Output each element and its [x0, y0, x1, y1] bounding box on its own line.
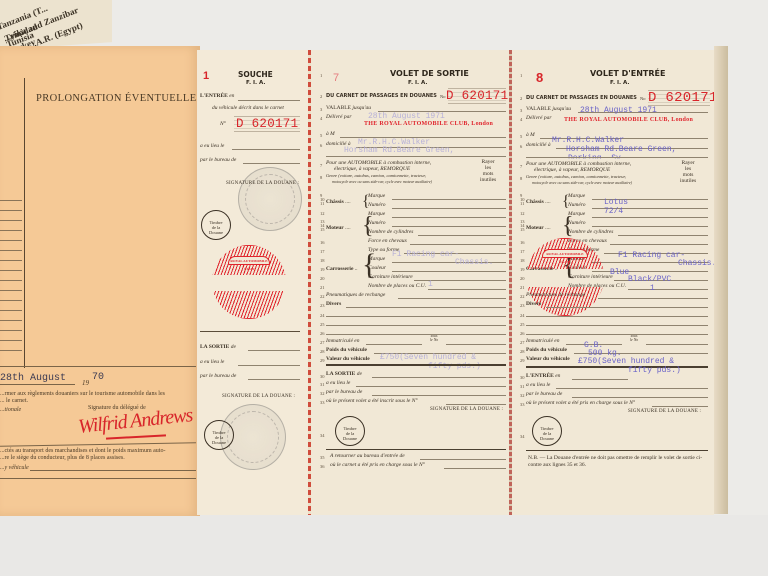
delivre-label: Délivré par — [326, 114, 352, 120]
holder-address-typed: Horsham Rd.Beare Green, — [344, 146, 454, 155]
rule — [248, 350, 300, 351]
rule — [410, 244, 506, 245]
rule — [30, 470, 196, 471]
bureau-label: par le bureau de — [200, 157, 236, 163]
holder-address-typed: Horsham Rd.Beare Green, — [566, 145, 676, 154]
field-label: Numéro — [368, 202, 386, 208]
timbre-text: Douane — [540, 436, 554, 441]
lieu-label: a eu lieu le — [200, 143, 224, 149]
rule — [0, 300, 22, 301]
type-typed-faded: F1 Racing car- — [392, 250, 459, 259]
souche-carnet-number: D 620171 — [236, 117, 298, 131]
section-divider — [326, 364, 506, 366]
field-label: Numéro — [568, 220, 586, 226]
label-suffix: jusqu'au — [352, 105, 371, 111]
timbre-circle: Timbrede laDouane — [204, 420, 234, 450]
page-edges — [714, 46, 728, 514]
pneu-label: Pneumatiques de rechange — [526, 292, 585, 298]
poids-label: Poids du véhicule — [326, 347, 367, 353]
pneu-label: Pneumatiques de rechange — [326, 292, 385, 298]
divers-label: Divers — [326, 301, 341, 307]
value-typed: fifty pds.) — [628, 366, 681, 375]
rule — [326, 334, 506, 335]
background-document: Tanzania (T... ...yika and Zanzibar Trin… — [0, 0, 112, 50]
rule — [0, 250, 22, 251]
divers-label: Divers — [526, 301, 541, 307]
rule — [0, 384, 75, 385]
regulation-text: ...tionale — [0, 407, 21, 413]
rule — [0, 290, 22, 291]
volet-entree-number: 8 — [536, 70, 543, 85]
moteur-label: Moteur — [526, 225, 544, 231]
fia-label: F. I. A. — [408, 80, 427, 86]
label-suffix: de — [357, 371, 362, 377]
sortie-carnet-number: D 620171 — [446, 89, 508, 103]
rule — [0, 366, 196, 367]
genre-line: motocycle avec ou sans side-car, cycle a… — [532, 180, 632, 185]
rule — [0, 340, 22, 341]
rule — [0, 260, 22, 261]
sous-label: le No — [630, 338, 638, 342]
table-surface — [0, 515, 768, 576]
entree-carnet-number: D 620171 — [648, 90, 718, 106]
footer-text: ...ctés au transport des marchandises et… — [0, 448, 165, 454]
bureau-label: par le bureau de — [526, 391, 562, 397]
rule — [610, 244, 708, 245]
rule — [646, 344, 708, 345]
rule — [232, 149, 300, 150]
retourner-label: A retourner au bureau d'entrée de — [330, 453, 405, 459]
rule — [392, 271, 506, 272]
vehicle-text: du véhicule décrit dans le carnet — [212, 105, 284, 111]
chassis-number-typed: 72/4 — [604, 207, 623, 216]
volet-entree-title: VOLET D'ENTRÉE — [590, 69, 665, 78]
extension-date: 28th August — [0, 373, 66, 384]
volet-sortie-number: 7 — [333, 72, 339, 84]
rayer-text: inutiles — [480, 177, 496, 183]
rule — [526, 316, 708, 317]
timbre-text: Douane — [212, 440, 226, 445]
souche-number: 1 — [203, 70, 209, 82]
delivre-label: Délivré par — [526, 115, 552, 121]
rule — [398, 298, 506, 299]
souche-subtitle: F. I. A. — [246, 80, 265, 86]
rule — [428, 289, 506, 290]
type-typed: F1 Racing car- — [618, 251, 685, 260]
rule — [598, 298, 708, 299]
genre-line: motocycle avec ou sans side-car, cycle a… — [332, 179, 432, 184]
type-typed-faded: Chassis. — [455, 258, 493, 267]
signature-label: SIGNATURE DE LA DOUANE : — [222, 394, 295, 399]
rule — [0, 240, 22, 241]
valeur-label: Valeur du véhicule — [326, 356, 370, 362]
footer-text: ...y véhicule — [0, 465, 29, 471]
a-m-label: à M — [326, 131, 335, 137]
extension-year: 70 — [92, 372, 104, 383]
rule — [372, 395, 506, 396]
rule — [592, 226, 708, 227]
sortie-label: LA SORTIE — [200, 344, 229, 350]
valid-until-typed: 28th August 1971 — [580, 106, 657, 115]
a-m-label: à M — [526, 132, 535, 138]
field-label: Force en chevaux — [368, 238, 407, 244]
section-divider — [526, 450, 708, 451]
poids-label: Poids du véhicule — [526, 347, 567, 353]
section-divider — [326, 449, 506, 450]
sous-label: le No — [430, 338, 438, 342]
field-label: Couleur — [368, 265, 386, 271]
rule — [366, 344, 422, 345]
sortie-label: LA SORTIE — [326, 371, 355, 377]
left-page-divider — [24, 78, 25, 368]
souche-title: SOUCHE — [238, 70, 273, 79]
moteur-label: Moteur — [326, 225, 344, 231]
rule — [556, 388, 708, 389]
footer-text: ...re le siège du conducteur, plus de 8 … — [0, 455, 125, 461]
valid-until-typed: 28th August 1971 — [368, 112, 445, 121]
issuer-name: THE ROYAL AUTOMOBILE CLUB, London — [364, 121, 493, 127]
timbre-circle: Timbrede laDouane — [335, 416, 365, 446]
rule — [0, 350, 22, 351]
rayer-note: Rayerlesmotsinutiles — [480, 159, 496, 183]
rule — [446, 344, 506, 345]
inscrit-label: où le présent volet a été inscrit sous l… — [326, 398, 418, 404]
rule — [0, 280, 22, 281]
lieu-label: a eu lieu le — [326, 380, 350, 386]
label-suffix: en — [555, 373, 560, 379]
nb-note: N.B. — La Douane d'entrée ne doit pas om… — [528, 455, 708, 469]
lieu-label: a eu lieu le — [200, 359, 224, 365]
genre-line: Genre (voiture, autobus, camion, camionn… — [326, 173, 426, 178]
rac-stamp-text: ROYAL AUTOMOBILE CLUB — [542, 249, 588, 258]
rayer-note: Rayerlesmotsinutiles — [680, 160, 696, 184]
regulation-text: ...rmer aux règlements douaniers sur le … — [0, 391, 165, 397]
rule — [238, 100, 300, 101]
rule — [0, 210, 22, 211]
rule — [0, 230, 22, 231]
timbre-text: Douane — [343, 436, 357, 441]
signature-label: SIGNATURE DE LA DOUANE : — [430, 407, 503, 412]
rule — [0, 200, 22, 201]
rule — [392, 217, 506, 218]
trim-typed: Black/PVC — [628, 275, 671, 284]
immatricule-label: Immatriculé en — [326, 338, 359, 344]
bureau-label: par le bureau de — [326, 389, 362, 395]
immatricule-label: Immatriculé en — [526, 338, 559, 344]
issuer-name: THE ROYAL AUTOMOBILE CLUB, London — [564, 117, 693, 123]
lieu-label: a eu lieu le — [526, 382, 550, 388]
rule — [356, 386, 506, 387]
label-suffix: en — [229, 93, 234, 99]
rule — [392, 199, 506, 200]
regulation-text: ... le carnet. — [0, 398, 28, 404]
rac-stamp: ROYAL AUTOMOBILE CLUB — [212, 245, 286, 319]
pris-label: où le présent volet a été pris en charge… — [526, 400, 635, 406]
rule — [652, 406, 708, 407]
entree-label: L'ENTRÉE — [200, 93, 228, 99]
no-label: No — [640, 96, 646, 101]
field-label: Nombre de places ou C.U. — [368, 283, 426, 289]
type-typed: Chassis. — [678, 259, 716, 268]
genre-line: Genre (voiture, autobus, camion, camionn… — [526, 174, 626, 179]
chassis-label: Châssis — [526, 199, 544, 205]
rule — [418, 235, 506, 236]
rule — [0, 320, 22, 321]
field-label: Garniture intérieure — [368, 274, 413, 280]
entree-label: L'ENTRÉE — [526, 373, 554, 379]
holder-name-typed: Mr.R.H.C.Walker — [552, 136, 624, 145]
rule — [200, 331, 300, 332]
valeur-label: Valeur du véhicule — [526, 356, 570, 362]
rule — [0, 270, 22, 271]
rule — [326, 156, 506, 157]
carrosserie-label: Carrosserie — [326, 266, 353, 272]
rule — [238, 365, 300, 366]
rule — [592, 217, 708, 218]
chassis-label: Châssis — [326, 199, 344, 205]
rule — [572, 397, 708, 398]
field-label: Nombre de cylindres — [568, 229, 613, 235]
volet-sortie-title: VOLET DE SORTIE — [390, 69, 469, 78]
rule — [346, 307, 506, 308]
rule — [618, 235, 708, 236]
carnet-label: DU CARNET DE PASSAGES EN DOUANES — [526, 95, 637, 101]
no-label: N° — [220, 121, 226, 127]
rule — [628, 289, 708, 290]
rule — [248, 379, 300, 380]
field-label: Marque — [368, 193, 385, 199]
places-typed-faded: 1 — [428, 280, 433, 289]
year-prefix: 19 — [82, 379, 89, 387]
rule — [526, 334, 708, 335]
rule — [243, 163, 300, 164]
customs-stamp-grey — [238, 167, 302, 231]
domicile-label: domicilié à — [526, 142, 551, 148]
timbre-circle: Timbrede laDouane — [201, 210, 231, 240]
prolongation-heading: PROLONGATION ÉVENTUELLE — [36, 93, 197, 104]
rule — [526, 157, 708, 158]
valeur-typed-faded: £750(Seven hundred & — [380, 353, 476, 362]
field-label: Numéro — [368, 220, 386, 226]
bureau-label: par le bureau de — [200, 373, 236, 379]
field-label: Marque — [568, 193, 585, 199]
automobile-line: électrique, à vapeur, REMORQUE — [334, 166, 410, 172]
rule — [0, 330, 22, 331]
rule — [0, 220, 22, 221]
timbre-text: Douane — [209, 230, 223, 235]
rule — [392, 226, 506, 227]
rayer-text: inutiles — [680, 178, 696, 184]
rule — [446, 404, 506, 405]
rule — [392, 208, 506, 209]
no-label: No — [440, 94, 446, 99]
rule — [326, 325, 506, 326]
carnet-label: DU CARNET DE PASSAGES EN DOUANES — [326, 93, 437, 99]
signature-label: SIGNATURE DE LA DOUANE : — [628, 409, 701, 414]
automobile-line: électrique, à vapeur, REMORQUE — [534, 167, 610, 173]
field-label: Numéro — [568, 202, 586, 208]
valable-label: VALABLE — [526, 106, 551, 112]
timbre-circle: Timbrede laDouane — [532, 416, 562, 446]
rule — [444, 468, 506, 469]
rule — [0, 310, 22, 311]
rule — [372, 377, 506, 378]
rule — [526, 325, 708, 326]
value-typed: £750(Seven hundred & — [578, 357, 674, 366]
seats-typed: 1 — [650, 284, 655, 293]
rule — [546, 307, 708, 308]
field-label: Nombre de cylindres — [368, 229, 413, 235]
carnet-pris-label: où le carnet a été pris en charge sous l… — [330, 462, 425, 468]
rule — [0, 478, 196, 479]
label-suffix: jusqu'au — [552, 106, 571, 112]
signature-label: SIGNATURE DE LA DOUANE : — [226, 181, 299, 186]
rac-stamp-text: ROYAL AUTOMOBILE CLUB — [228, 256, 270, 265]
rule — [572, 379, 628, 380]
chassis-make-typed: Lotus — [604, 198, 628, 207]
rule — [326, 316, 506, 317]
rule — [420, 459, 506, 460]
valable-label: VALABLE — [326, 105, 351, 111]
fia-label: F. I. A. — [610, 80, 629, 86]
label-suffix: de — [231, 344, 236, 350]
